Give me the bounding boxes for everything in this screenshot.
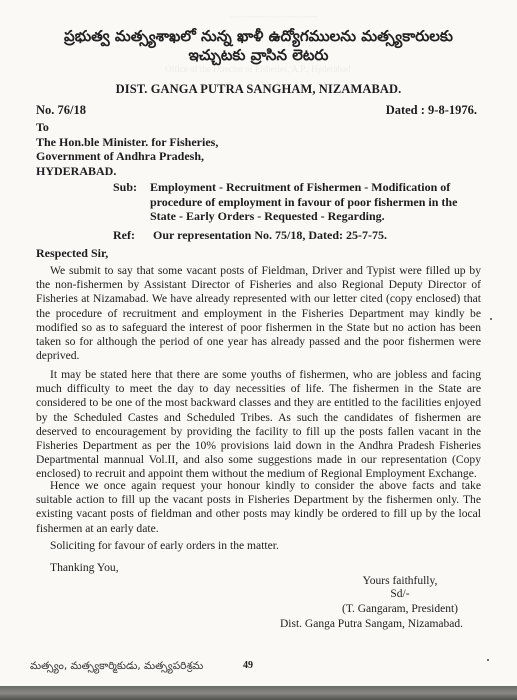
scan-speck [487,659,489,661]
document-page: ~~~~~~~~~~~~~~~~~~ Office of the Directo… [0,0,517,700]
subject-text: Employment - Recruitment of Fishermen - … [150,180,483,224]
body-paragraph-2: It may be stated here that there are som… [36,368,481,482]
closing-line: Soliciting for favour of early orders in… [50,539,279,552]
signature-sd: Sd/- [300,587,500,602]
footer-telugu-caption: మత్స్యం, మత్స్యకార్మికుడు, మత్స్యపరిశ్రమ [30,660,203,675]
thanking-line: Thanking You, [50,561,119,574]
bleed-through-text: ~~~~~~~~~~~~~~~~~~ [230,12,318,22]
telugu-title-line2: ఇచ్చుటకు వ్రాసిన లెటరు [0,46,517,65]
book-edge [0,686,517,700]
address-line3: HYDERABAD. [36,164,218,179]
reference-block: Ref: Our representation No. 75/18, Dated… [113,228,387,243]
body-paragraph-1: We submit to say that some vacant posts … [36,264,481,363]
signatory-organization: Dist. Ganga Putra Sangam, Nizamabad. [280,618,463,630]
telugu-title-line1: ప్రభుత్వ మత్స్యశాఖలో నున్న ఖాళీ ఉద్యోగము… [0,27,517,46]
scan-speck [490,318,492,320]
recipient-address: To The Hon.ble Minister. for Fisheries, … [36,120,218,178]
page-number: 49 [243,660,253,671]
letter-number: No. 76/18 [36,103,86,118]
subject-block: Sub: Employment - Recruitment of Fisherm… [113,180,483,224]
subject-label: Sub: [113,180,149,195]
reference-text: Our representation No. 75/18, Dated: 25-… [153,228,387,242]
address-to: To [36,120,218,135]
body-paragraph-3: Hence we once again request your honour … [36,479,481,536]
bleed-through-text: Office of the Director of Fisheries, A.P… [165,64,351,74]
letter-date: Dated : 9-8-1976. [386,103,477,118]
signatory-name: (T. Gangaram, President) [300,602,500,617]
salutation: Respected Sir, [36,246,108,261]
organization-heading: DIST. GANGA PUTRA SANGHAM, NIZAMABAD. [0,82,517,97]
address-line2: Government of Andhra Pradesh, [36,149,218,164]
address-line1: The Hon.ble Minister. for Fisheries, [36,135,218,150]
reference-label: Ref: [113,228,150,243]
